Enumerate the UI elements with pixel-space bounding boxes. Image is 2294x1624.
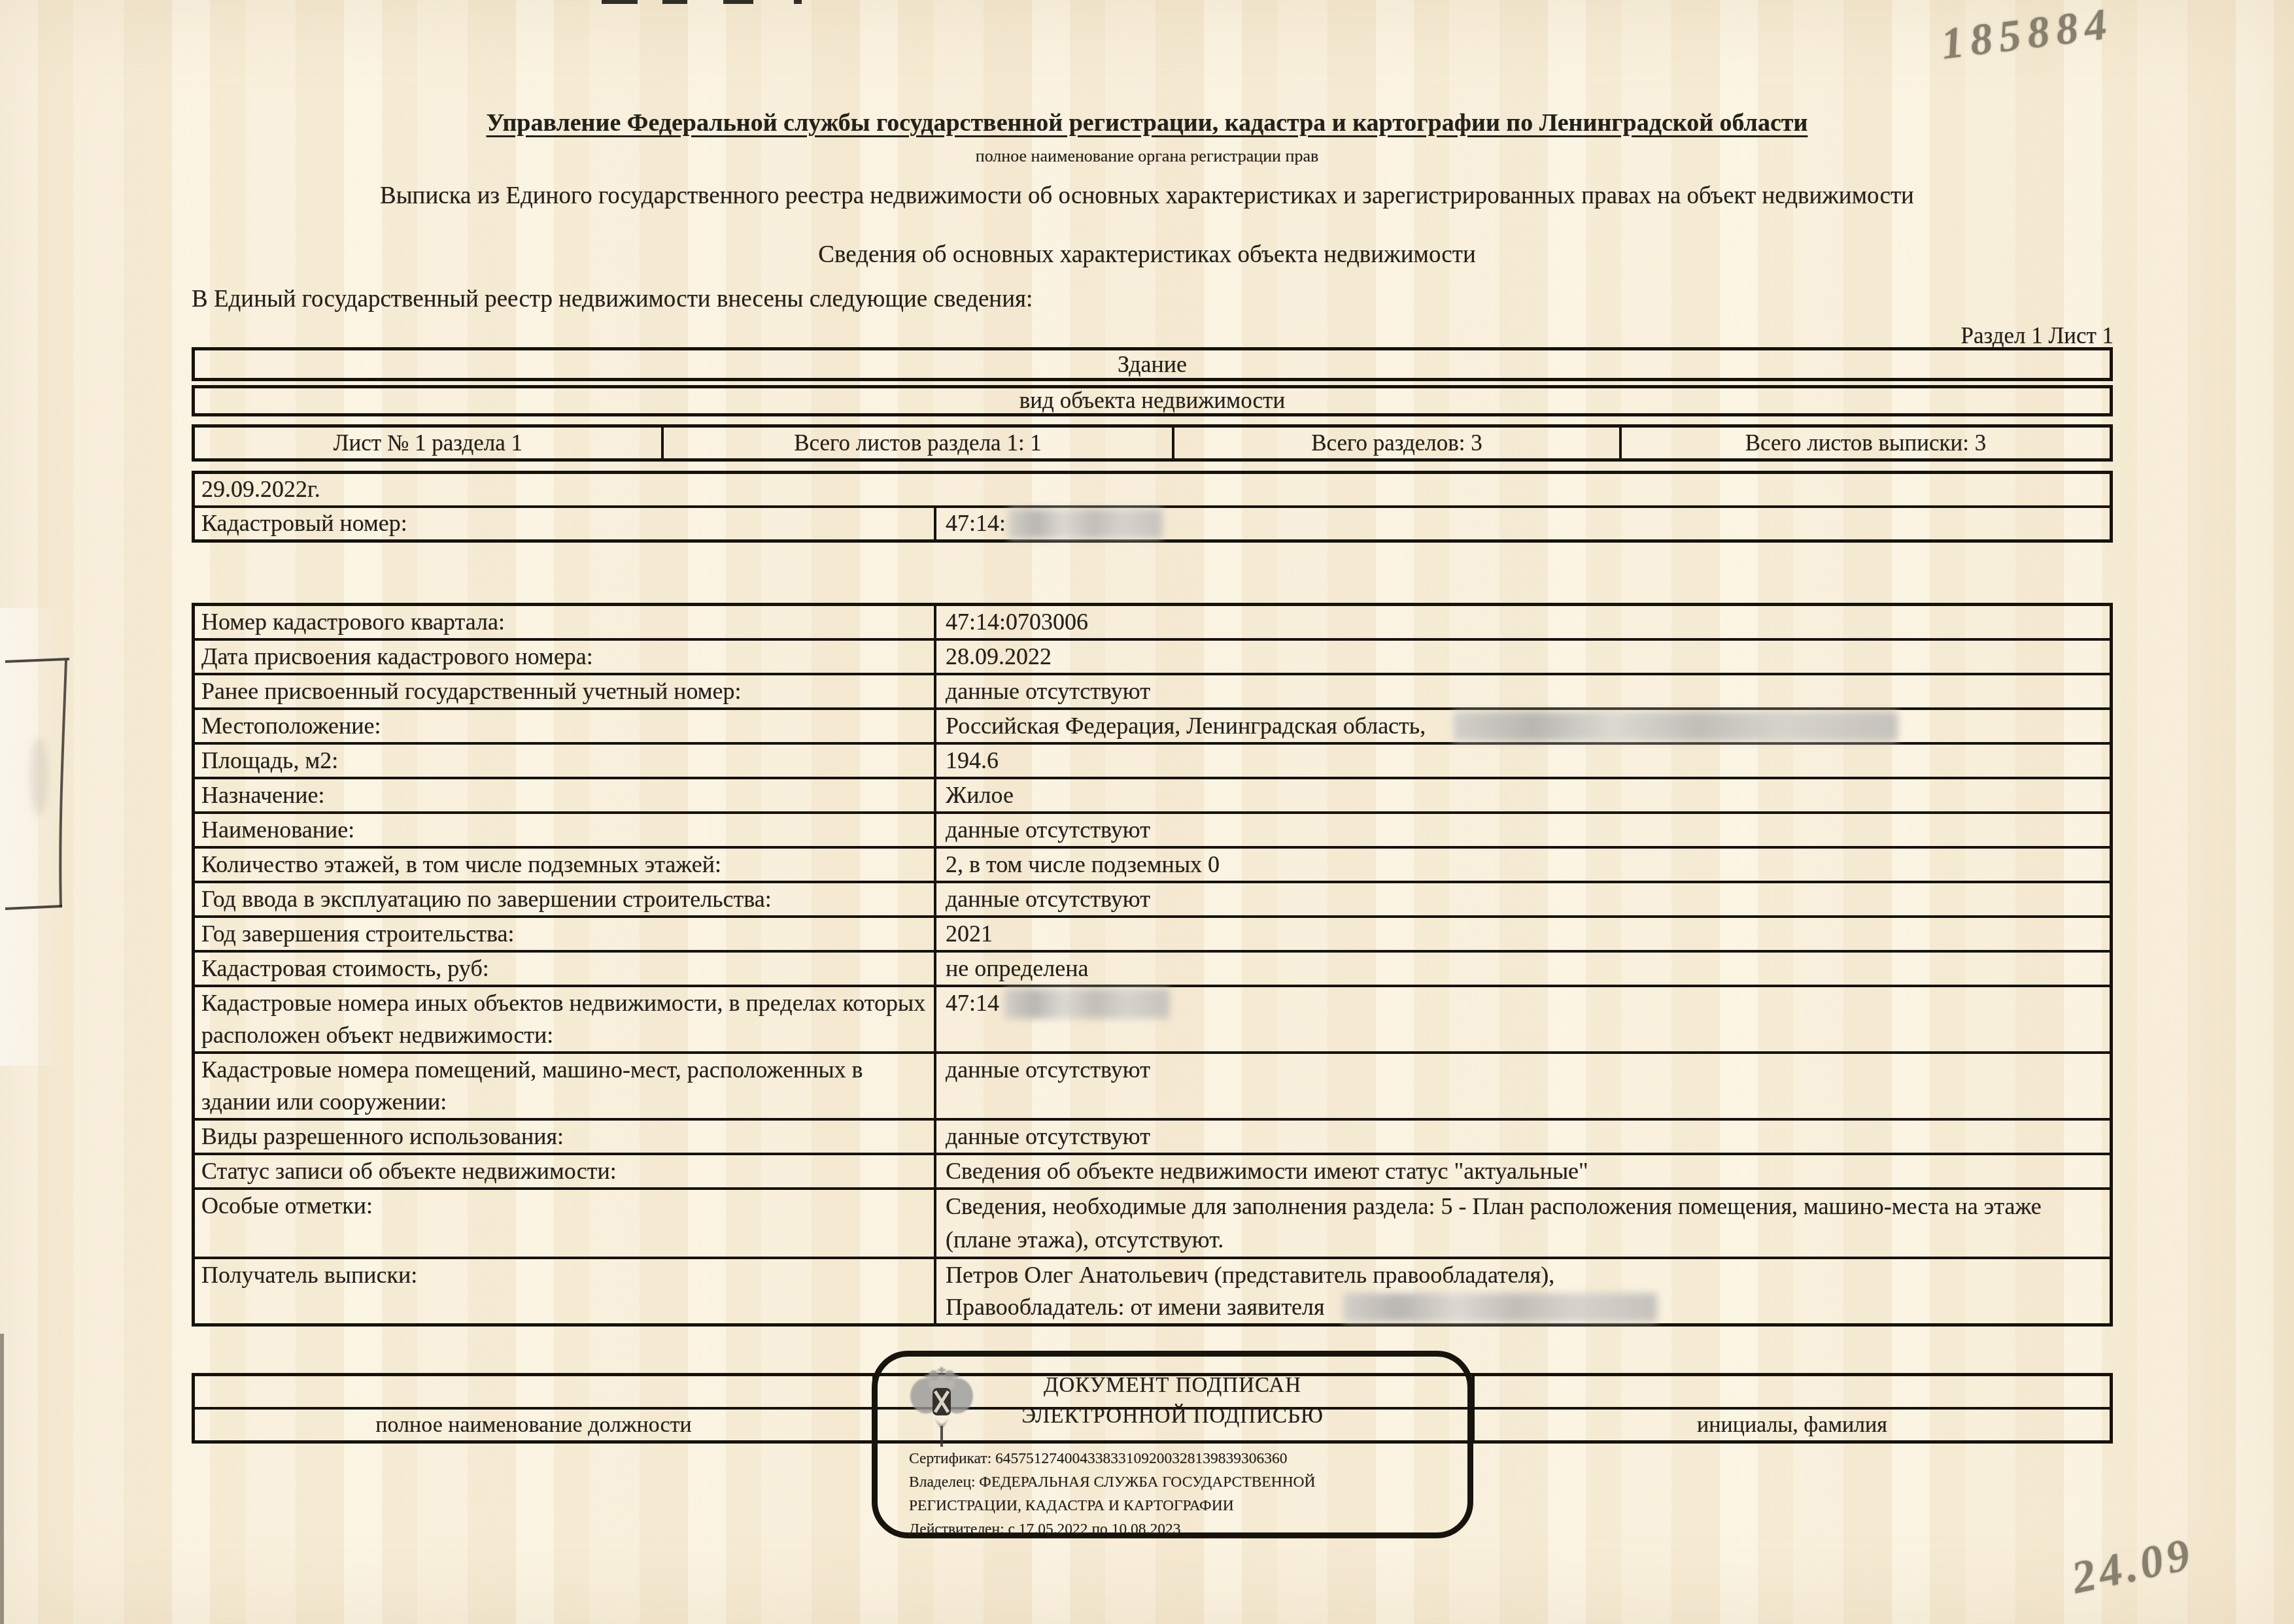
main-characteristics-table: Номер кадастрового квартала: 47:14:07030… <box>192 603 2113 1327</box>
receiver-value: Петров Олег Анатольевич (представитель п… <box>936 1259 2110 1323</box>
cadastral-number-label: Кадастровый номер: <box>195 508 936 539</box>
table-row: Год ввода в эксплуатацию по завершении с… <box>195 881 2110 915</box>
table-row: Площадь, м2: 194.6 <box>195 742 2110 777</box>
e-signature-stamp: ДОКУМЕНТ ПОДПИСАН ЭЛЕКТРОННОЙ ПОДПИСЬЮ С… <box>872 1351 1473 1538</box>
redacted-blur <box>1008 509 1162 539</box>
scan-artifact-dash <box>794 0 802 4</box>
extract-date: 29.09.2022г. <box>195 474 320 505</box>
object-type-caption-table: вид объекта недвижимости <box>192 385 2113 416</box>
document-title: Выписка из Единого государственного реес… <box>0 182 2294 210</box>
scan-artifact-dash <box>723 0 753 4</box>
scan-artifact-bracket <box>0 646 92 927</box>
org-name-caption: полное наименование органа регистрации п… <box>0 146 2294 166</box>
table-row: Кадастровые номера помещений, машино-мес… <box>195 1051 2110 1118</box>
stamp-certificate: Сертификат: 6457512740043383310920032813… <box>909 1447 1458 1470</box>
object-type-table: Здание <box>192 347 2113 381</box>
table-row: Кадастровый номер: 47:14: <box>195 505 2110 539</box>
stamp-line-1: ДОКУМЕНТ ПОДПИСАН <box>878 1374 1467 1398</box>
scan-artifact-edge <box>0 1334 4 1624</box>
table-row: Год завершения строительства: 2021 <box>195 915 2110 950</box>
table-row: Номер кадастрового квартала: 47:14:07030… <box>195 606 2110 638</box>
table-row: Особые отметки: Сведения, необходимые дл… <box>195 1187 2110 1257</box>
sheet-info-cell: Всего листов раздела 1: 1 <box>664 428 1174 458</box>
stamp-certificate-block: Сертификат: 6457512740043383310920032813… <box>909 1447 1458 1541</box>
table-row: Виды разрешенного использования: данные … <box>195 1118 2110 1153</box>
table-row: Кадастровые номера иных объектов недвижи… <box>195 985 2110 1051</box>
table-row: Дата присвоения кадастрового номера: 28.… <box>195 638 2110 673</box>
org-name-title: Управление Федеральной службы государств… <box>0 109 2294 137</box>
stamp-owner-line1: Владелец: ФЕДЕРАЛЬНАЯ СЛУЖБА ГОСУДАРСТВЕ… <box>909 1470 1458 1494</box>
table-row: Получатель выписки: Петров Олег Анатолье… <box>195 1257 2110 1323</box>
scanned-document-page: 185884 Управление Федеральной службы гос… <box>0 0 2294 1624</box>
object-type-value: Здание <box>1118 351 1187 377</box>
stamp-validity: Действителен: с 17.05.2022 по 10.08.2023 <box>909 1517 1458 1541</box>
position-label: полное наименование должности <box>195 1410 875 1440</box>
date-cadastral-table: 29.09.2022г. Кадастровый номер: 47:14: <box>192 471 2113 543</box>
object-type-caption: вид объекта недвижимости <box>1019 388 1285 413</box>
table-row: 29.09.2022г. <box>195 474 2110 505</box>
redacted-blur <box>1343 1293 1657 1322</box>
sheet-info-table: Лист № 1 раздела 1 Всего листов раздела … <box>192 424 2113 462</box>
section-sheet-label: Раздел 1 Лист 1 <box>0 323 2114 349</box>
table-row: Местоположение: Российская Федерация, Ле… <box>195 707 2110 742</box>
table-row: Ранее присвоенный государственный учетны… <box>195 673 2110 707</box>
location-value: Российская Федерация, Ленинградская обла… <box>936 710 2110 742</box>
handwritten-date: 24.09 <box>2068 1528 2199 1604</box>
table-row: Назначение: Жилое <box>195 777 2110 811</box>
stamp-owner-line2: РЕГИСТРАЦИИ, КАДАСТРА И КАРТОГРАФИИ <box>909 1494 1458 1517</box>
sheet-info-cell: Лист № 1 раздела 1 <box>195 428 664 458</box>
scan-artifact-dash <box>662 0 687 4</box>
section-title: Сведения об основных характеристиках объ… <box>0 241 2294 269</box>
sheet-info-cell: Всего листов выписки: 3 <box>1622 428 2110 458</box>
stamp-line-2: ЭЛЕКТРОННОЙ ПОДПИСЬЮ <box>878 1404 1467 1429</box>
other-objects-value: 47:14 <box>936 987 2110 1051</box>
table-row: Наименование: данные отсутствуют <box>195 811 2110 846</box>
table-row: Статус записи об объекте недвижимости: С… <box>195 1153 2110 1187</box>
name-label: инициалы, фамилия <box>1475 1410 2110 1440</box>
table-row: Количество этажей, в том числе подземных… <box>195 846 2110 881</box>
table-row: Кадастровая стоимость, руб: не определен… <box>195 950 2110 985</box>
sheet-info-cell: Всего разделов: 3 <box>1174 428 1622 458</box>
handwritten-number: 185884 <box>1938 0 2116 70</box>
scan-artifact-dash <box>602 0 638 4</box>
cadastral-number-value: 47:14: <box>936 508 2110 539</box>
intro-line: В Единый государственный реестр недвижим… <box>192 285 1033 313</box>
redacted-blur <box>1453 711 1898 741</box>
redacted-blur <box>1004 989 1169 1019</box>
